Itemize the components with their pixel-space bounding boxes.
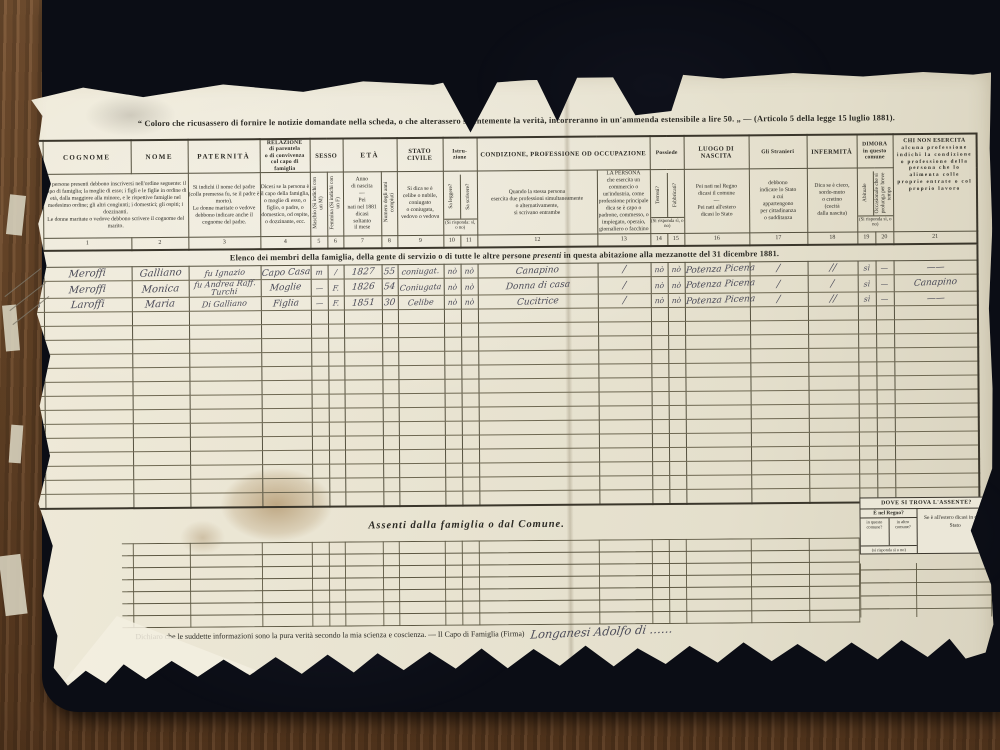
col-chi-non-esercita: CHI NON ESERCITA alcuna professione indi… [893,134,978,232]
col-paternita-title: PATERNITÀ [188,139,260,173]
col-possiede-title: Possiede [650,136,684,170]
possiede-desc: Terreni?Fabbricati? (Si risponda sì, o n… [650,169,685,233]
header-descriptions: Le persone presenti debbono inscriversi … [31,167,978,238]
istruzione-desc: Sa leggere?Sa scrivere? (Si risponda: sì… [443,171,478,235]
sesso-femmina: Femmina (Si indichi con un F) [327,172,344,236]
torn-paper-fragment [9,425,24,464]
legal-note: “ Coloro che ricusassero di fornire le n… [51,113,981,129]
census-table: Numero d'ordine delle persone COGNOME NO… [30,133,981,510]
col-eta-title: ETÀ [343,138,397,172]
col-stato-title: STATO CIVILE [397,138,443,172]
torn-paper-fragment [6,194,26,235]
col-dimora-title: DIMORA in questo comune [857,134,893,168]
eta-anni-desc: Numero degli anni compiuti [381,172,398,236]
col-stranieri-title: Gli Stranieri [749,135,807,169]
assenti-heading: Assenti dalla famiglia o dal Comune. [27,516,907,534]
infermita-desc: Dica se è cieco, sordo-muto o cretino (c… [807,168,858,232]
photo-stage: “ Coloro che ricusassero di fornire le n… [0,0,1000,750]
eta-anno-desc: Anno di nascita — Pei nati nel 1881 dica… [343,172,382,236]
signature-scribble: Longanesi Adolfo di …… [530,621,674,641]
paternita-desc: Si indichi il nome del padre (colla prem… [188,173,260,237]
col-sesso-title: SESSO [310,139,343,173]
torn-paper-fragment [0,554,28,616]
col-nome-title: NOME [131,140,188,174]
dove-regno-cell: È nel Regno? in questo comune?in altro c… [860,509,917,553]
cognome-desc: Le persone presenti debbono inscriversi … [43,173,188,238]
col-cognome-title: COGNOME [43,140,131,174]
col-infermita-title: INFERMITÀ [807,135,857,169]
assenti-grid-right [860,562,992,617]
col-condizione-title: CONDIZIONE, PROFESSIONE OD OCCUPAZIONE [477,136,650,171]
condizione-13-desc: LA PERSONA che esercita un commercio o u… [597,170,651,234]
relazione-desc: Dicesi se la persona è il capo della fam… [260,172,311,236]
luogo-desc: Pei nati nel Regno dicasi il comune — Pe… [684,169,749,233]
col-relazione-title: RELAZIONE di parentela o di convivenza c… [260,139,310,173]
stranieri-desc: debbono indicare lo Stato a cui apparten… [749,169,807,233]
col-luogo-title: LUOGO DI NASCITA [684,135,749,169]
census-sheet: “ Coloro che ricusassero di fornire le n… [23,68,996,698]
torn-paper-fragment [2,304,20,351]
col-istruzione-title: Istru- zione [443,137,477,171]
dimora-desc: AbitualeOccasionale che si prolunga per … [857,168,894,232]
paper-smudge [75,89,185,142]
stato-desc: Si dica se è celibe o nubile, coniugato … [397,171,444,235]
pencil-check-mark [4,268,41,297]
assenti-grid [122,537,861,628]
condizione-12-desc: Quando la stessa persona esercita due pr… [477,170,597,235]
sesso-maschio: Maschio (Si indichi con un M) [310,172,328,236]
